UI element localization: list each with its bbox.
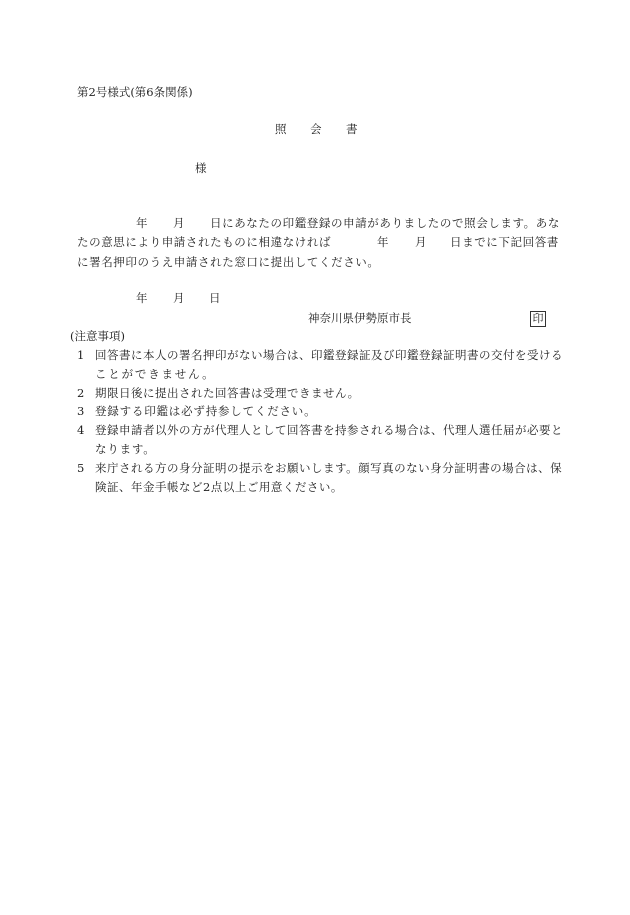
note-text-line: 回答書に本人の署名押印がない場合は、印鑑登録証及び印鑑登録証明書の交付を受ける — [95, 350, 563, 362]
issue-date-day: 日 — [209, 293, 221, 305]
note-number: 1 — [77, 350, 84, 362]
addressee-suffix: 様 — [195, 163, 207, 175]
body-line2-month: 月 — [415, 237, 427, 249]
body-line2-year: 年 — [377, 237, 389, 249]
note-text-line: 登録する印鑑は必ず持参してください。 — [95, 406, 316, 418]
note-number: 2 — [77, 388, 84, 400]
issue-date-year: 年 — [136, 293, 148, 305]
note-text-line: ことができません。 — [95, 369, 215, 381]
form-number: 第2号様式(第6条関係) — [77, 87, 193, 99]
note-number: 5 — [77, 463, 84, 475]
seal-mark: 印 — [530, 311, 546, 327]
note-text-line: 険証、年金手帳など2点以上ご用意ください。 — [95, 482, 343, 494]
body-line3-text: に署名押印のうえ申請された窓口に提出してください。 — [77, 257, 380, 269]
note-text-line: 期限日後に提出された回答書は受理できません。 — [95, 388, 360, 400]
issue-date-month: 月 — [173, 293, 185, 305]
note-text-line: 来庁される方の身分証明の提示をお願いします。顔写真のない身分証明書の場合は、保 — [95, 463, 562, 475]
body-line1-month: 月 — [173, 218, 185, 230]
body-line1-year: 年 — [136, 218, 148, 230]
body-line2-text: たの意思により申請されたものに相違なければ — [77, 237, 331, 249]
title-char: 会 — [310, 124, 322, 136]
issuer-name: 神奈川県伊勢原市長 — [308, 313, 412, 325]
body-line2-tail: 日までに下記回答書 — [450, 237, 559, 249]
note-text-line: 登録申請者以外の方が代理人として回答書を持参される場合は、代理人選任届が必要と — [95, 425, 563, 437]
note-text-line: なります。 — [95, 444, 156, 456]
title-char: 書 — [346, 124, 358, 136]
title-char: 照 — [275, 124, 287, 136]
note-number: 4 — [77, 425, 84, 437]
notes-heading: (注意事項) — [70, 331, 125, 343]
note-number: 3 — [77, 406, 84, 418]
body-line1-text: 日にあなたの印鑑登録の申請がありましたので照会します。あな — [210, 218, 560, 230]
